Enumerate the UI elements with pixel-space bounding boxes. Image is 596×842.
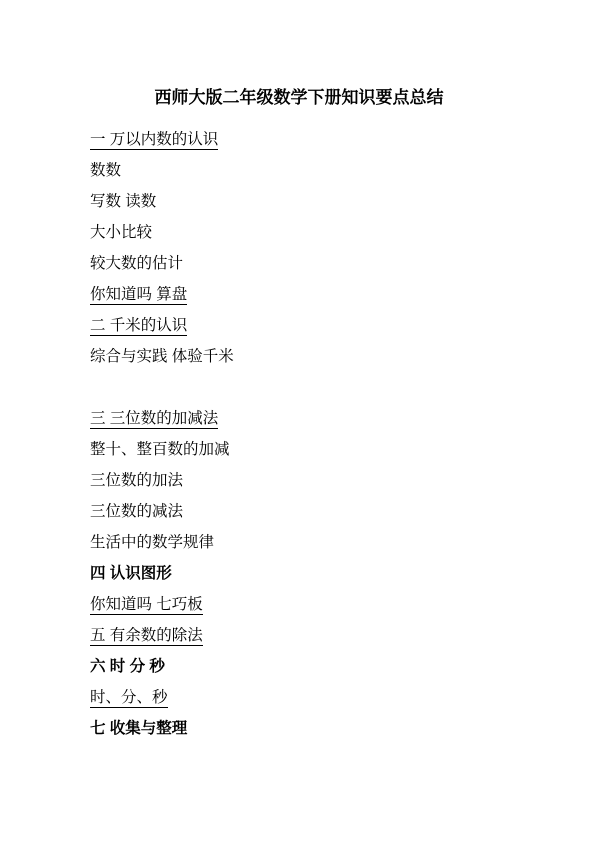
topic-did-you-know-tangram: 你知道吗 七巧板	[90, 595, 508, 615]
heading-unit-7: 七 收集与整理	[90, 719, 508, 739]
heading-unit-3: 三 三位数的加减法	[90, 409, 508, 429]
topic-three-digit-addition: 三位数的加法	[90, 471, 508, 491]
underlined-text: 一 万以内数的认识	[90, 131, 218, 150]
underlined-text: 五 有余数的除法	[90, 627, 203, 646]
topic-counting: 数数	[90, 161, 508, 181]
underlined-text: 二 千米的认识	[90, 317, 187, 336]
topic-size-comparison: 大小比较	[90, 223, 508, 243]
heading-unit-1: 一 万以内数的认识	[90, 130, 508, 150]
heading-unit-5: 五 有余数的除法	[90, 626, 508, 646]
topic-practice-kilometer: 综合与实践 体验千米	[90, 347, 508, 367]
topic-write-read-numbers: 写数 读数	[90, 192, 508, 212]
blank-line	[90, 378, 508, 398]
document-title: 西师大版二年级数学下册知识要点总结	[90, 88, 508, 108]
heading-unit-6: 六 时 分 秒	[90, 657, 508, 677]
heading-unit-2: 二 千米的认识	[90, 316, 508, 336]
heading-unit-4: 四 认识图形	[90, 564, 508, 584]
underlined-text: 你知道吗 算盘	[90, 286, 187, 305]
topic-hour-minute-second: 时、分、秒	[90, 688, 508, 708]
topic-estimation: 较大数的估计	[90, 254, 508, 274]
topic-did-you-know-abacus: 你知道吗 算盘	[90, 285, 508, 305]
topic-math-patterns-in-life: 生活中的数学规律	[90, 533, 508, 553]
underlined-text: 你知道吗 七巧板	[90, 596, 203, 615]
underlined-text: 三 三位数的加减法	[90, 410, 218, 429]
document-body: 一 万以内数的认识数数写数 读数大小比较较大数的估计你知道吗 算盘二 千米的认识…	[90, 130, 508, 739]
underlined-text: 时、分、秒	[90, 689, 168, 708]
document-page: 西师大版二年级数学下册知识要点总结 一 万以内数的认识数数写数 读数大小比较较大…	[0, 0, 596, 842]
topic-three-digit-subtraction: 三位数的减法	[90, 502, 508, 522]
topic-tens-hundreds-addsub: 整十、整百数的加减	[90, 440, 508, 460]
